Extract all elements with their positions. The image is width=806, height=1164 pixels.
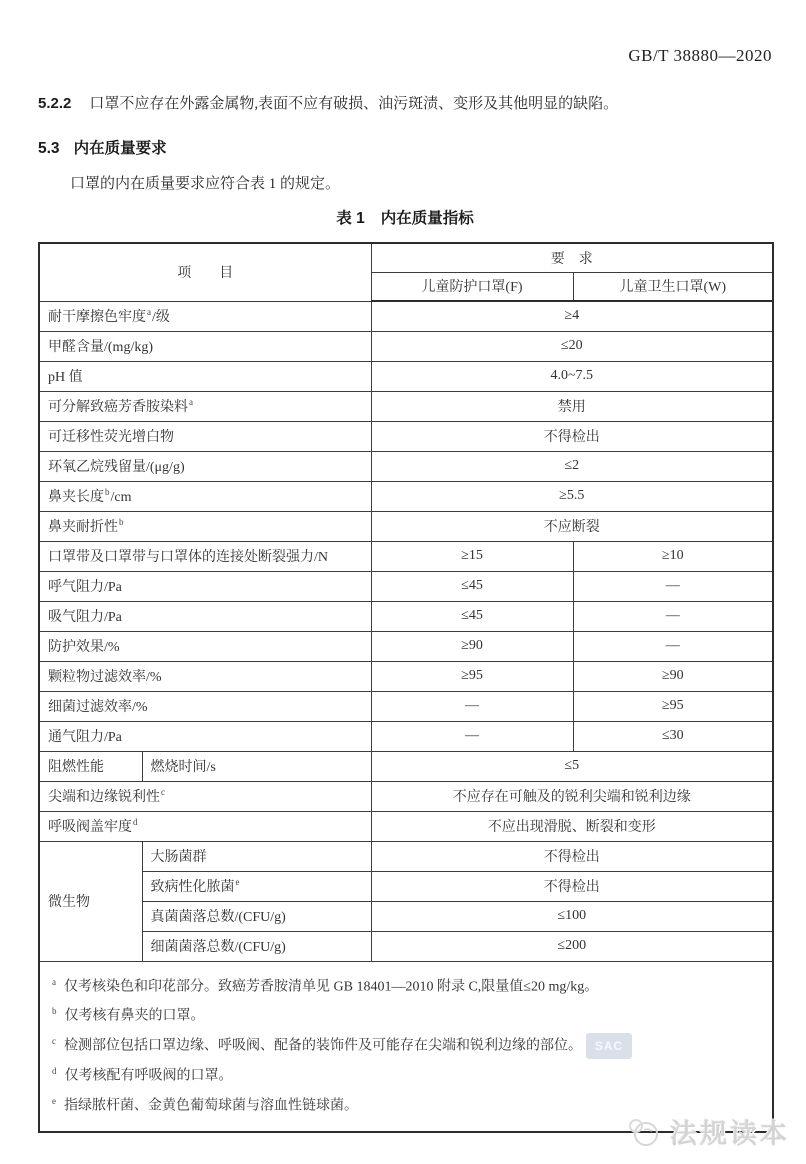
item-cell: 尖端和边缘锐利性c (39, 781, 371, 811)
value-cell: ≥4 (371, 301, 773, 331)
table-row: 可分解致癌芳香胺染料a禁用 (39, 391, 773, 421)
value-cell: ≥15 (371, 541, 573, 571)
item-cell: 鼻夹耐折性b (39, 511, 371, 541)
footnote-ref: d (133, 817, 138, 827)
table-number-label: 表 1 (336, 210, 364, 227)
col-header-hygienic-mask-w: 儿童卫生口罩(W) (573, 272, 773, 301)
value-cell: ≥10 (573, 541, 773, 571)
table-title: 表 1内在质量指标 (38, 206, 772, 228)
footnote: c检测部位包括口罩边缘、呼吸阀、配备的装饰件及可能存在尖端和锐利边缘的部位。SA… (52, 1029, 760, 1059)
item-cell: 燃烧时间/s (142, 751, 371, 781)
value-cell: — (573, 571, 773, 601)
table-row: pH 值4.0~7.5 (39, 361, 773, 391)
item-cell: 细菌过滤效率/% (39, 691, 371, 721)
footnote-ref: b (105, 487, 110, 497)
table-row: 通气阻力/Pa—≤30 (39, 721, 773, 751)
item-cell: pH 值 (39, 361, 371, 391)
item-cell: 口罩带及口罩带与口罩体的连接处断裂强力/N (39, 541, 371, 571)
col-header-protective-mask-f: 儿童防护口罩(F) (371, 272, 573, 301)
item-cell: 可迁移性荧光增白物 (39, 421, 371, 451)
value-cell: — (371, 721, 573, 751)
value-cell: ≤2 (371, 451, 773, 481)
table-row: 呼吸阀盖牢度d不应出现滑脱、断裂和变形 (39, 811, 773, 841)
item-cell: 致病性化脓菌e (142, 871, 371, 901)
value-cell: — (573, 631, 773, 661)
item-cell: 大肠菌群 (142, 841, 371, 871)
table-body: 耐干摩擦色牢度a/级≥4甲醛含量/(mg/kg)≤20pH 值4.0~7.5可分… (39, 301, 773, 961)
value-cell: ≥95 (371, 661, 573, 691)
item-cell: 耐干摩擦色牢度a/级 (39, 301, 371, 331)
sac-watermark: SAC (586, 1033, 632, 1059)
seal-icon (624, 1116, 662, 1148)
table-row: 鼻夹长度b/cm≥5.5 (39, 481, 773, 511)
value-cell: 不应存在可触及的锐利尖端和锐利边缘 (371, 781, 773, 811)
table-row: 细菌过滤效率/%—≥95 (39, 691, 773, 721)
table-row: 细菌菌落总数/(CFU/g)≤200 (39, 931, 773, 961)
table-row: 防护效果/%≥90— (39, 631, 773, 661)
item-cell: 细菌菌落总数/(CFU/g) (142, 931, 371, 961)
item-cell: 吸气阻力/Pa (39, 601, 371, 631)
value-cell: 禁用 (371, 391, 773, 421)
item-cell: 颗粒物过滤效率/% (39, 661, 371, 691)
footnote-ref: b (119, 517, 124, 527)
quality-requirements-table: 项 目 要 求 儿童防护口罩(F) 儿童卫生口罩(W) 耐干摩擦色牢度a/级≥4… (38, 242, 774, 1133)
value-cell: 不应出现滑脱、断裂和变形 (371, 811, 773, 841)
table-row: 甲醛含量/(mg/kg)≤20 (39, 331, 773, 361)
col-header-requirement: 要 求 (371, 243, 773, 272)
table-row: 耐干摩擦色牢度a/级≥4 (39, 301, 773, 331)
value-cell: 不得检出 (371, 841, 773, 871)
clause-5-2-2: 5.2.2口罩不应存在外露金属物,表面不应有破损、油污斑渍、变形及其他明显的缺陷… (38, 94, 772, 114)
footnotes-cell: a仅考核染色和印花部分。致癌芳香胺清单见 GB 18401—2010 附录 C,… (39, 961, 773, 1132)
value-cell: ≥90 (371, 631, 573, 661)
footnote-ref: c (161, 787, 165, 797)
table-row: 真菌菌落总数/(CFU/g)≤100 (39, 901, 773, 931)
item-cell: 呼气阻力/Pa (39, 571, 371, 601)
footnote-ref: e (236, 877, 240, 887)
brand-watermark-text: 法规读本 (670, 1112, 790, 1151)
item-cell: 通气阻力/Pa (39, 721, 371, 751)
value-cell: 4.0~7.5 (371, 361, 773, 391)
value-cell: ≤200 (371, 931, 773, 961)
col-header-item: 项 目 (39, 243, 371, 301)
item-cell: 真菌菌落总数/(CFU/g) (142, 901, 371, 931)
value-cell: ≤5 (371, 751, 773, 781)
brand-watermark: 法规读本 (624, 1112, 790, 1151)
section-5-3-heading: 5.3内在质量要求 (38, 136, 167, 158)
table-row: 呼气阻力/Pa≤45— (39, 571, 773, 601)
intro-paragraph: 口罩的内在质量要求应符合表 1 的规定。 (70, 172, 340, 193)
value-cell: ≥5.5 (371, 481, 773, 511)
table-row: 微生物大肠菌群不得检出 (39, 841, 773, 871)
footnote: b仅考核有鼻夹的口罩。 (52, 999, 760, 1029)
value-cell: 不得检出 (371, 871, 773, 901)
section-title: 内在质量要求 (74, 140, 167, 157)
value-cell: 不应断裂 (371, 511, 773, 541)
footnote-ref: a (147, 307, 151, 317)
value-cell: ≤100 (371, 901, 773, 931)
table-row: 吸气阻力/Pa≤45— (39, 601, 773, 631)
value-cell: ≤45 (371, 601, 573, 631)
table-row: 口罩带及口罩带与口罩体的连接处断裂强力/N≥15≥10 (39, 541, 773, 571)
table-row: 致病性化脓菌e不得检出 (39, 871, 773, 901)
section-number: 5.3 (38, 140, 60, 157)
item-cell: 环氧乙烷残留量/(μg/g) (39, 451, 371, 481)
table-title-text: 内在质量指标 (381, 210, 474, 227)
item-cell: 微生物 (39, 841, 142, 961)
table-row: 阻燃性能燃烧时间/s≤5 (39, 751, 773, 781)
value-cell: 不得检出 (371, 421, 773, 451)
value-cell: — (371, 691, 573, 721)
standard-number: GB/T 38880—2020 (628, 46, 772, 66)
table-row: 尖端和边缘锐利性c不应存在可触及的锐利尖端和锐利边缘 (39, 781, 773, 811)
value-cell: ≤45 (371, 571, 573, 601)
value-cell: ≥95 (573, 691, 773, 721)
item-cell: 可分解致癌芳香胺染料a (39, 391, 371, 421)
item-cell: 防护效果/% (39, 631, 371, 661)
table-row: 颗粒物过滤效率/%≥95≥90 (39, 661, 773, 691)
footnote: d仅考核配有呼吸阀的口罩。 (52, 1059, 760, 1089)
footnotes-row: a仅考核染色和印花部分。致癌芳香胺清单见 GB 18401—2010 附录 C,… (39, 961, 773, 1132)
clause-number: 5.2.2 (38, 95, 71, 112)
clause-text: 口罩不应存在外露金属物,表面不应有破损、油污斑渍、变形及其他明显的缺陷。 (89, 96, 618, 112)
item-cell: 鼻夹长度b/cm (39, 481, 371, 511)
footnote-ref: a (189, 397, 193, 407)
value-cell: ≤20 (371, 331, 773, 361)
footnote: a仅考核染色和印花部分。致癌芳香胺清单见 GB 18401—2010 附录 C,… (52, 970, 760, 1000)
item-cell: 呼吸阀盖牢度d (39, 811, 371, 841)
table-header-row-1: 项 目 要 求 (39, 243, 773, 272)
item-cell: 甲醛含量/(mg/kg) (39, 331, 371, 361)
value-cell: ≤30 (573, 721, 773, 751)
item-cell: 阻燃性能 (39, 751, 142, 781)
table-row: 环氧乙烷残留量/(μg/g)≤2 (39, 451, 773, 481)
value-cell: ≥90 (573, 661, 773, 691)
value-cell: — (573, 601, 773, 631)
table-row: 可迁移性荧光增白物不得检出 (39, 421, 773, 451)
table-row: 鼻夹耐折性b不应断裂 (39, 511, 773, 541)
